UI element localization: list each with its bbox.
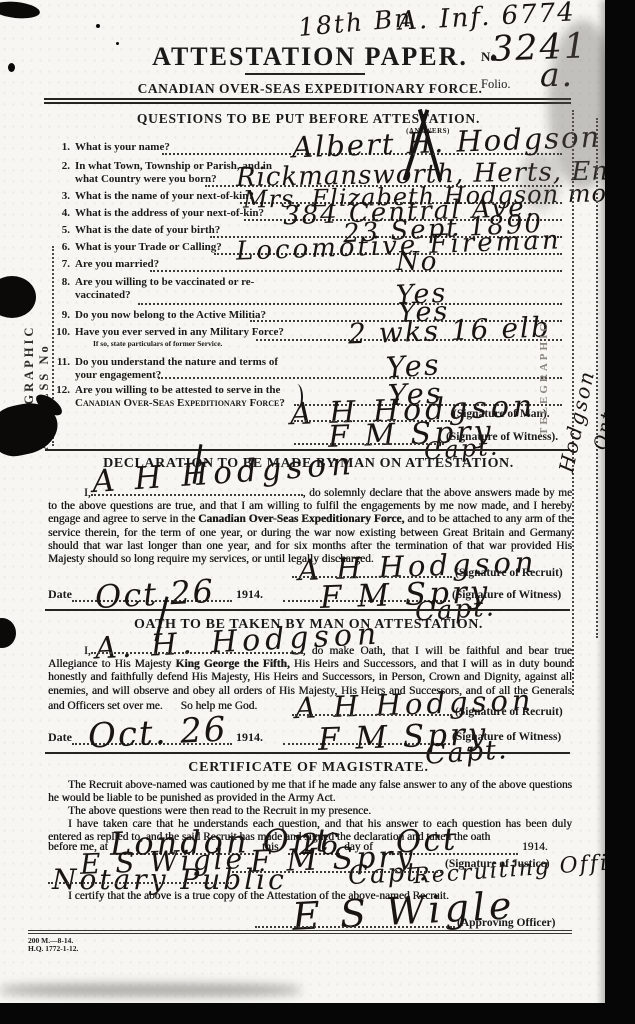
question-text-line2: Canadian Over-Seas Expeditionary Force?: [75, 397, 299, 410]
folio-label: Folio.: [481, 77, 511, 92]
oath-date-label: Date: [48, 730, 72, 745]
declaration-year-label: 1914.: [236, 587, 263, 602]
certificate-para-1: The Recruit above-named was cautioned by…: [48, 779, 572, 805]
footer-rule-2: [28, 933, 572, 934]
right-margin-note-1-handwriting: Hodgson: [556, 368, 597, 474]
question-text: Have you ever served in any Military For…: [75, 326, 284, 338]
question-8: 8. Are you willing to be vaccinated or r…: [75, 276, 291, 301]
question-number: 2.: [50, 160, 70, 173]
header-rule-2: [44, 102, 571, 104]
scan-edge-right: [605, 0, 635, 1024]
question-5: 5. What is the date of your birth?: [75, 224, 291, 237]
declaration-name-blank: [91, 483, 303, 496]
oath-year-label: 1914.: [236, 730, 263, 745]
question-12: 12. Are you willing to be attested to se…: [75, 384, 299, 409]
header-rule-1: [44, 98, 571, 100]
question-number: 5.: [50, 224, 70, 237]
oath-name-blank: [91, 641, 303, 654]
ink-speck: [116, 42, 119, 45]
right-margin-stamp: TELEGRAPHIC: [538, 295, 550, 435]
oath-body-bold: King George the Fifth,: [176, 658, 290, 670]
certificate-heading: CERTIFICATE OF MAGISTRATE.: [45, 760, 572, 776]
ink-blot: [0, 0, 41, 20]
scan-edge-bottom: [0, 1003, 635, 1024]
question-text: Are you married?: [75, 258, 159, 270]
question-text: What is the date of your birth?: [75, 224, 220, 236]
question-text: What is the name of your next-of-kin?: [75, 190, 254, 202]
oath-date-handwriting: Oct. 26: [87, 712, 228, 753]
certificate-para-2: The above questions were then read to th…: [48, 805, 572, 818]
oath-intro: I,: [84, 645, 91, 657]
question-number: 4.: [50, 207, 70, 220]
question-1: 1. What is your name?: [75, 141, 291, 154]
answer-line-8: [138, 303, 562, 305]
declaration-intro: I,: [84, 487, 91, 499]
question-text: What is the address of your next-of-kin?: [75, 207, 264, 219]
justice-signature-line: [232, 871, 442, 873]
question-number: 1.: [50, 141, 70, 154]
declaration-date-label: Date: [48, 587, 72, 602]
ink-speck: [8, 63, 15, 72]
question-text: What is your Trade or Calling?: [75, 241, 222, 253]
answer-10-handwriting: 2 wks 16 elb: [348, 313, 552, 348]
question-text: Are you willing to be attested to serve …: [75, 384, 280, 396]
question-number: 3.: [50, 190, 70, 203]
certificate-year-label: 1914.: [522, 841, 548, 853]
witness-signature-line: [294, 443, 444, 445]
section-rule-oath: [45, 609, 570, 611]
approving-officer-line: [255, 926, 455, 928]
justice-signature-label: (Signature of Justice): [445, 858, 550, 870]
oath-gap: [163, 698, 181, 709]
answer-line-7: [150, 270, 562, 272]
ink-speck: [96, 24, 100, 28]
answer-line-11: [158, 377, 562, 379]
battalion-annotation: 18th Bn: [297, 5, 413, 40]
scan-smudge: [520, 150, 560, 210]
oath-recruit-signature-line: [292, 714, 452, 716]
approving-officer-label: (Approving Officer): [457, 917, 555, 929]
print-code-2: H.Q. 1772-1-12.: [28, 945, 78, 953]
oath-witness-label: (Signature of Witness): [452, 731, 561, 743]
scan-smudge: [0, 984, 300, 996]
declaration-date-handwriting: Oct 26: [94, 575, 215, 613]
question-text: What is your name?: [75, 141, 170, 153]
title-divider: [245, 73, 365, 75]
question-text: Do you now belong to the Active Militia?: [75, 309, 266, 321]
question-text: Are you willing to be vaccinated or re-v…: [75, 276, 254, 301]
section-rule-certificate: [45, 752, 570, 754]
declaration-body-bold: Canadian Over-Seas Expeditionary Force,: [198, 513, 404, 525]
footer-rule-1: [28, 930, 572, 931]
ink-blot: [0, 618, 16, 648]
attestation-paper-scan: 18th Bn A. Inf. 6774 ATTESTATION PAPER. …: [0, 0, 635, 1024]
answer-7-handwriting: No: [396, 249, 438, 275]
justice-title-line: [48, 882, 232, 884]
declaration-witness-label: (Signature of Witness): [452, 589, 561, 601]
question-10: 10. Have you ever served in any Military…: [75, 326, 291, 348]
